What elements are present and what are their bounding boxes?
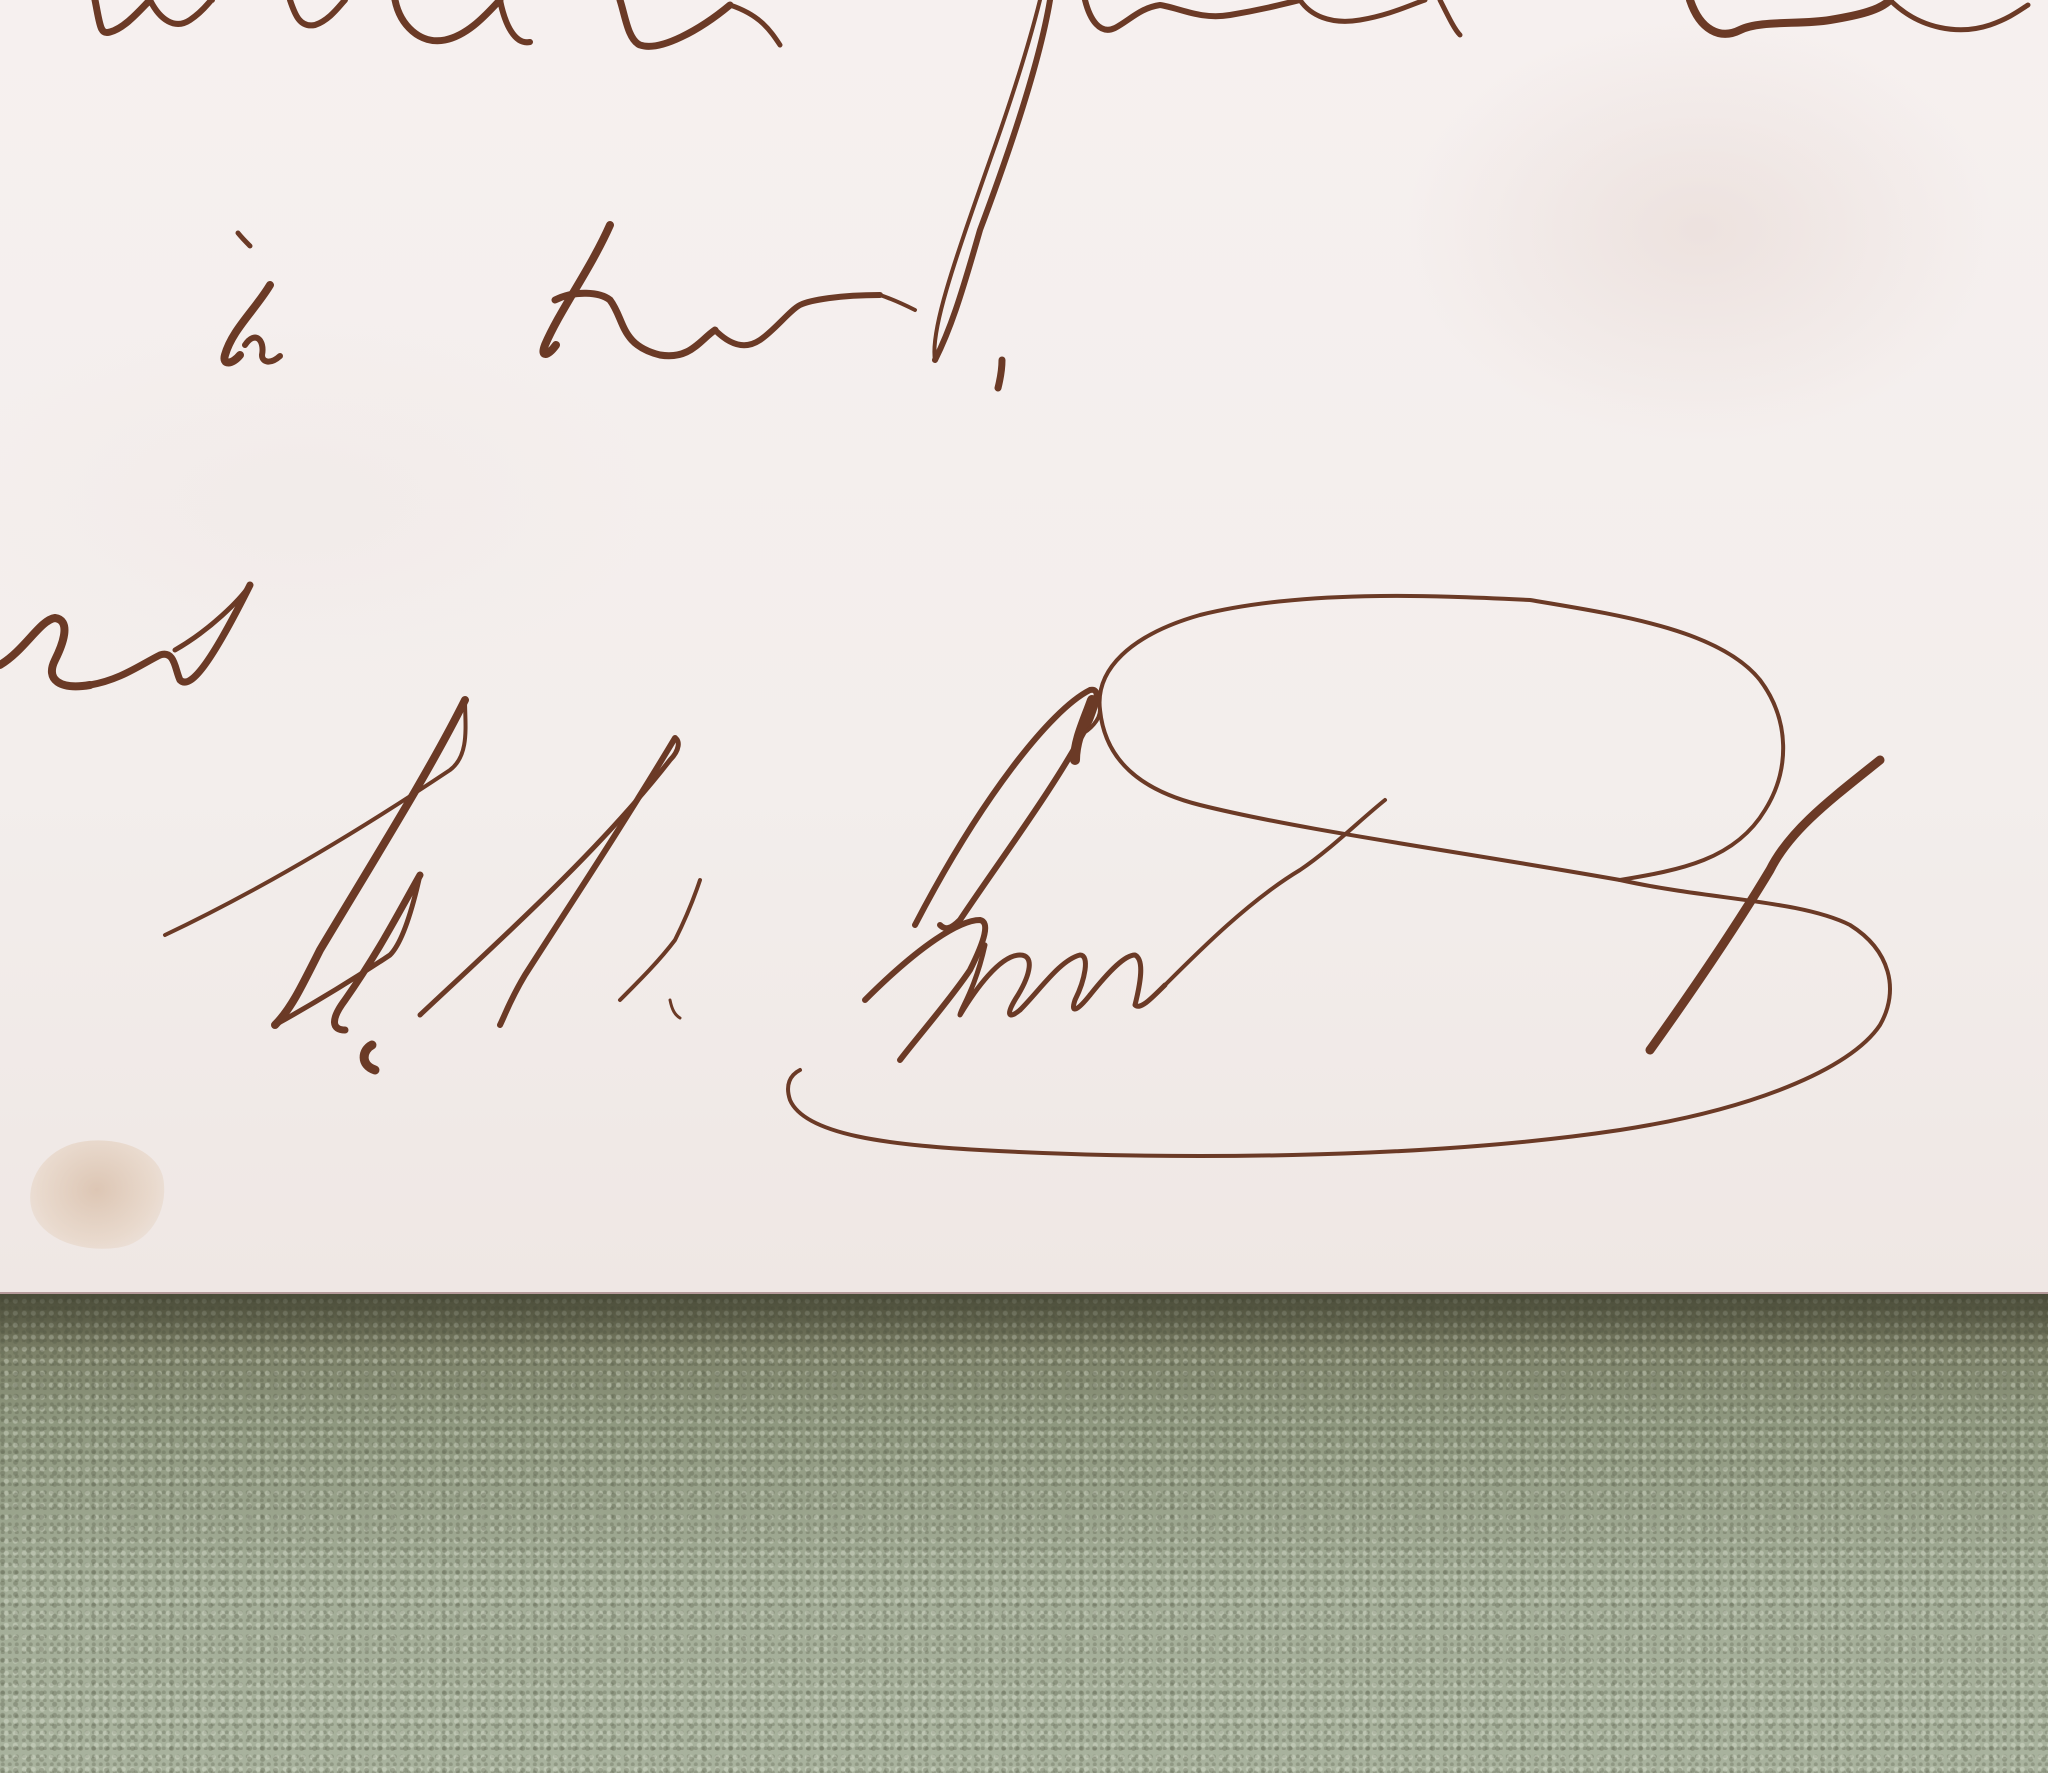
line-would-facilitate bbox=[95, 0, 2028, 360]
handwriting-ink bbox=[0, 0, 2048, 1292]
photo-scene: U. S. Grant would facilitate in view. rs bbox=[0, 0, 2048, 1773]
line-in-view bbox=[224, 225, 1002, 388]
letter-paper bbox=[0, 0, 2048, 1294]
paper-edge-shadow bbox=[0, 1292, 2048, 1352]
signature-us-grant bbox=[165, 596, 1890, 1156]
line-rs bbox=[0, 585, 250, 686]
green-felt-background bbox=[0, 1294, 2048, 1773]
